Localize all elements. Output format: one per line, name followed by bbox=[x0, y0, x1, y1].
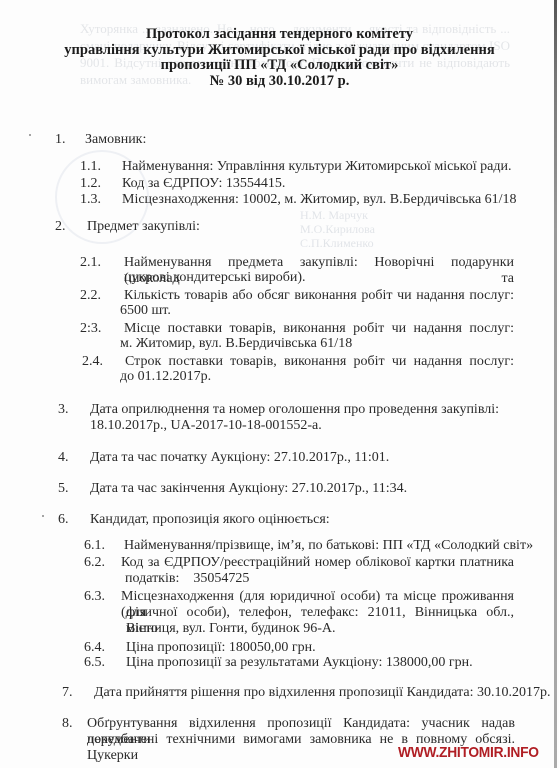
scan-speck bbox=[42, 515, 44, 517]
scanned-document-page: Хуторянка ... зазначено. Не ... ного ...… bbox=[0, 0, 559, 768]
page-edge-shadow bbox=[554, 0, 557, 768]
scan-speck bbox=[29, 134, 31, 136]
bleed-through-names: Н.М. Марчук М.О.Кирилова С.П.Клименко bbox=[300, 208, 375, 250]
document-title: Протокол засідання тендерного комітету у… bbox=[0, 27, 559, 89]
site-watermark: WWW.ZHITOMIR.INFO bbox=[398, 744, 539, 761]
